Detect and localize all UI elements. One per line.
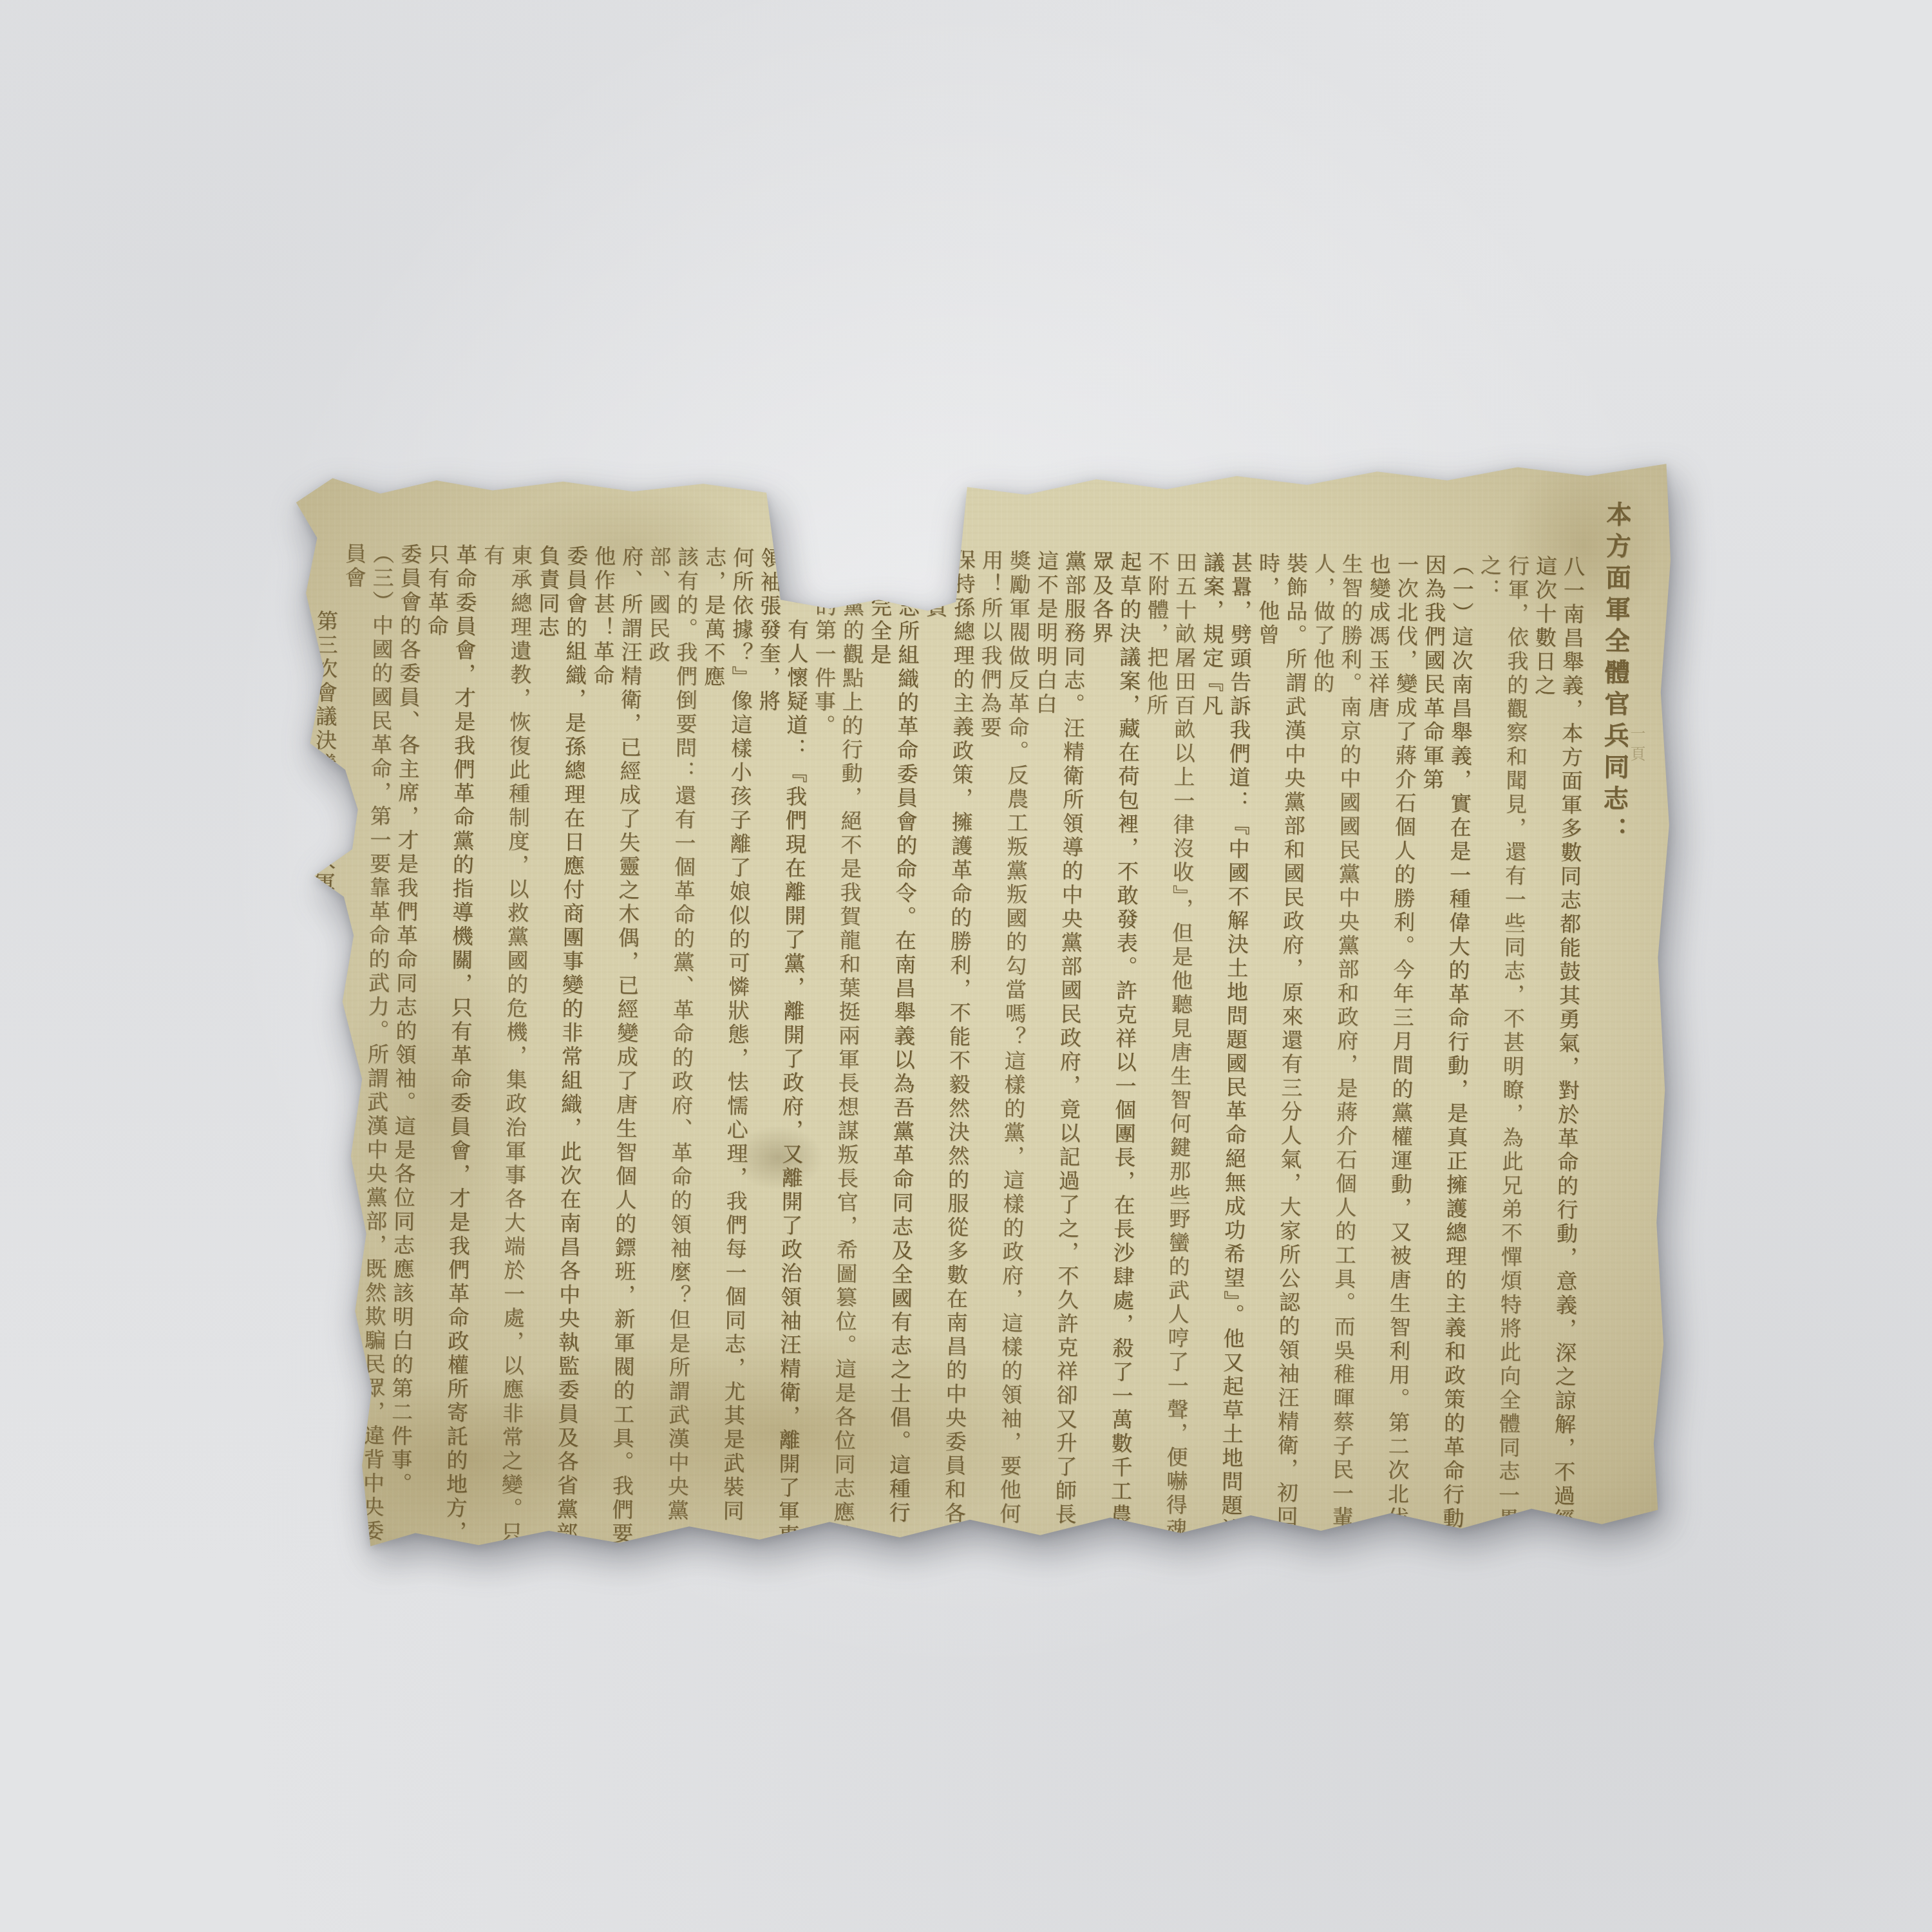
text-column: 問題決議案，完成土地革命。我們的下級官長大多是士兵同志，十有八九都是貧苦的農民出… xyxy=(218,486,287,1691)
text-column: （四）在這個炎天烈日之下做長途的行軍，各位同志必定會有些病的，甚至於因病而死的。… xyxy=(80,485,147,1613)
text-column: 東承總理遺教，恢復此種制度，以救黨國的危機，集政治軍事各大端於一處，以應非常之變… xyxy=(469,489,535,1549)
text-column: 金，使中央紙幣一落千丈。第二就是朱培德，他把江西銀行現金二百萬捲提一空，飽其私囊… xyxy=(0,484,37,1544)
paper-sheet: 本方面軍全體官兵同志：八一南昌舉義，本方面軍多數同志都能鼓其勇氣，對於革命的行動… xyxy=(282,450,1686,1554)
text-column: 第三次會議決議案，媚奴軍閥，我們革命委員會議決，必先實現第三次中央委員全體會議關… xyxy=(274,487,341,1615)
manuscript-paper: 本方面軍全體官兵同志：八一南昌舉義，本方面軍多數同志都能鼓其勇氣，對於革命的行動… xyxy=(282,450,1686,1554)
text-column: 站在黨的觀點上的行動，絕不是我賀龍和葉挺兩軍長想謀叛長官，希圖篡位。這是各位同志… xyxy=(801,493,867,1553)
text-column: 裝飾品。所謂武漢中央黨部和國民政府，原來還有三分人氣，大家所公認的領袖汪精衛，初… xyxy=(1244,497,1311,1557)
text-column: 此次舉行土地革命，既是為解決農民問題而奮鬥，自然就是為解決我們自身問題而奮鬥。那… xyxy=(163,486,231,1690)
text-column: 生智的勝利。南京的中國國民黨中央黨部和政府，是蔣介石個人的工具。而吳稚暉蔡子民一… xyxy=(1300,498,1366,1558)
text-column: 保持孫總理的主義政策，擁護革命的勝利，不能不毅然決然的服從多數在南昌的中央委員和… xyxy=(912,493,978,1553)
text-column: 何所依據？』像這樣小孩子離了娘似的可憐狀態，怯懦心理，我們每一個同志，尤其是武裝… xyxy=(690,491,757,1551)
text-column: 八一南昌舉義，本方面軍多數同志都能鼓其勇氣，對於革命的行動，意義，深之諒解，不過… xyxy=(1521,500,1587,1560)
text-column: 但是這種痛苦，都是誰給我們的呢？第一就是唐生智何鍵。因為他們背叛了革命，背叛了黨… xyxy=(26,484,92,1544)
margin-note: 一頁 xyxy=(1625,725,1648,766)
text-column: 該有的。我們倒要問：還有一個革命的黨、革命的政府、革命的領袖麼？但是所謂武漢中央… xyxy=(635,491,701,1551)
text-column: 府、所謂汪精衛，已經成了失靈之木偶，已經變成了唐生智個人的鏢班，新軍閥的工具。我… xyxy=(580,490,646,1550)
photo-backdrop: { "scene": { "backdrop_color": "#e3e4e6"… xyxy=(0,0,1932,1932)
title-column: 本方面軍全體官兵同志： xyxy=(1593,501,1631,1506)
text-column: 田五十畝屠田百畝以上一律沒收』，但是他聽見唐生智何鍵那些野蠻的武人哼了一聲，便嚇… xyxy=(1133,496,1200,1556)
text-column: 一次北伐，變成了蔣介石個人的勝利。今年三月間的黨權運動，又被唐生智利用。第二次北… xyxy=(1355,498,1421,1558)
text-column: 苦，我們犧牲，我們忍饑受渴，都是應該的。這是各位同志應該明白的第三件事。 xyxy=(135,486,176,1690)
text-column: （三）中國的國民革命，第一要靠革命的武力。所謂武漢中央黨部，既然欺騙民眾，違背中… xyxy=(330,488,397,1548)
text-column: 行軍，依我的觀察和聞見，還有一些同志，不甚明瞭，為此兄弟不憚煩特將此向全體同志一… xyxy=(1466,499,1532,1559)
text-column: 黨部服務同志。汪精衛所領導的中央黨部國民政府，竟以記過了之，不久許克祥卻又升了師… xyxy=(1023,495,1089,1555)
manuscript-columns: 本方面軍全體官兵同志：八一南昌舉義，本方面軍多數同志都能鼓其勇氣，對於革命的行動… xyxy=(0,477,1631,1506)
text-column: 獎勵軍閥做反革命。反農工叛黨叛國的勾當嗎？這樣的黨，這樣的政府，這樣的領袖，要他… xyxy=(967,494,1034,1554)
